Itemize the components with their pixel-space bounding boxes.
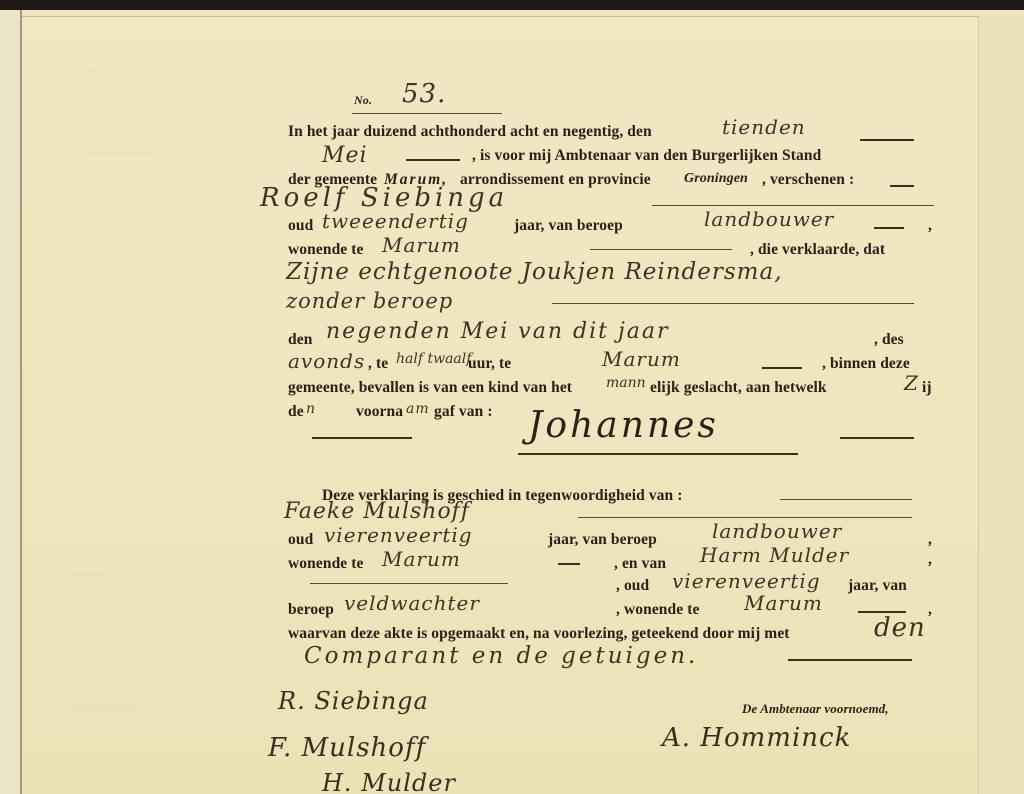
bleed-through-text: .............. [72, 567, 111, 579]
fill-line [310, 583, 508, 584]
hand-den: den [874, 613, 926, 643]
hand-spouse: Zijne echtgenoote Joukjen Reindersma, [286, 259, 783, 285]
text-within: , binnen deze [822, 355, 910, 373]
text-den: den [288, 331, 312, 349]
bleed-through-text: ........................ [72, 697, 138, 709]
record-sheet: ....... .......................... .....… [22, 16, 978, 794]
text-residing: wonende te [288, 241, 363, 259]
hand-witness2-occupation: veldwachter [344, 591, 480, 615]
page-binding-edge [0, 10, 22, 794]
text-ij: ij [922, 379, 932, 397]
hand-pronoun: Z [904, 371, 919, 395]
fill-line [590, 249, 732, 250]
hand-child-name: Johannes [528, 405, 719, 446]
text-and-of: , en van [614, 555, 666, 573]
hand-birth-date: negenden Mei van dit jaar [326, 319, 670, 344]
hand-birth-place: Marum [602, 347, 681, 371]
fill-line [552, 303, 914, 304]
document-page: ....... .......................... .....… [0, 10, 1024, 794]
fill-line [312, 437, 412, 439]
fill-line [860, 139, 914, 141]
hand-declarant-occupation: landbouwer [704, 207, 834, 231]
record-number-value: 53. [402, 79, 446, 109]
text-age: oud [288, 217, 313, 235]
text-official-line: , is voor mij Ambtenaar van den Burgerli… [472, 147, 821, 165]
text-year-of: jaar, van [848, 577, 907, 595]
hand-closing: Comparant en de getuigen. [304, 643, 698, 669]
text-closing: waarvan deze akte is opgemaakt en, na vo… [288, 625, 790, 643]
number-underline [352, 113, 502, 114]
text-residing: , wonende te [616, 601, 699, 619]
hand-month: Mei [322, 143, 368, 168]
text-occupation: jaar, van beroep [548, 531, 657, 549]
text-declared: , die verklaarde, dat [750, 241, 885, 259]
hand-declarant-residence: Marum [382, 233, 461, 257]
signature-official: A. Homminck [662, 723, 851, 753]
fill-line [780, 499, 912, 500]
hand-witness1-age: vierenveertig [324, 523, 473, 547]
record-number-label: No. [354, 93, 372, 108]
fill-line [578, 517, 912, 518]
text-voorna: voorna [356, 403, 403, 421]
hand-n: n [306, 401, 316, 417]
name-underline [518, 453, 798, 455]
text-des: , des [874, 331, 904, 349]
hand-declarant-age: tweeendertig [322, 209, 469, 233]
text-appeared: , verschenen : [762, 171, 854, 189]
hand-witness2-residence: Marum [744, 591, 823, 615]
hand-sex: mann [606, 375, 646, 391]
fill-line [840, 437, 914, 439]
hand-spouse-occupation: zonder beroep [286, 289, 453, 313]
hand-am: am [406, 401, 430, 417]
bleed-through-text: ....... [82, 62, 101, 74]
text-delivered: gemeente, bevallen is van een kind van h… [288, 379, 572, 397]
punctuation-comma: , [928, 601, 932, 619]
text-year-line: In het jaar duizend achthonderd acht en … [288, 123, 652, 141]
province-name: Groningen [684, 171, 748, 187]
text-age: , oud [616, 577, 649, 595]
text-age: oud [288, 531, 313, 549]
signature-declarant: R. Siebinga [278, 687, 429, 715]
text-sex-suffix: elijk geslacht, aan hetwelk [650, 379, 827, 397]
bleed-through-text: .......................... [82, 145, 154, 157]
text-hour-at: uur, te [468, 355, 511, 373]
hand-witness1-name: Faeke Mulshoff [284, 499, 470, 524]
hand-hour: half twaalf [396, 351, 471, 367]
hand-witness1-residence: Marum [382, 547, 461, 571]
text-te: , te [368, 355, 388, 373]
text-de: de [288, 403, 304, 421]
signature-witness2: H. Mulder [322, 769, 456, 794]
fill-line [406, 159, 460, 161]
hand-witness2-age: vierenveertig [672, 569, 821, 593]
fill-line [558, 563, 580, 565]
fill-line [874, 227, 904, 229]
punctuation-comma: , [928, 531, 932, 549]
hand-day: tienden [722, 115, 806, 139]
hand-witness1-occupation: landbouwer [712, 519, 842, 543]
fill-line [890, 185, 914, 187]
punctuation-comma: , [928, 217, 932, 235]
text-residing: wonende te [288, 555, 363, 573]
punctuation-comma: , [928, 551, 932, 569]
hand-time-of-day: avonds [288, 349, 365, 373]
official-label: De Ambtenaar voornoemd, [742, 701, 889, 717]
hand-witness2-name: Harm Mulder [700, 543, 849, 567]
fill-line [788, 659, 912, 661]
text-gave: gaf van : [434, 403, 493, 421]
text-occupation-label: beroep [288, 601, 334, 619]
fill-line [762, 367, 802, 369]
text-occupation: jaar, van beroep [514, 217, 623, 235]
signature-witness1: F. Mulshoff [268, 733, 426, 763]
fill-line [652, 205, 934, 206]
next-page-edge [978, 16, 1024, 794]
